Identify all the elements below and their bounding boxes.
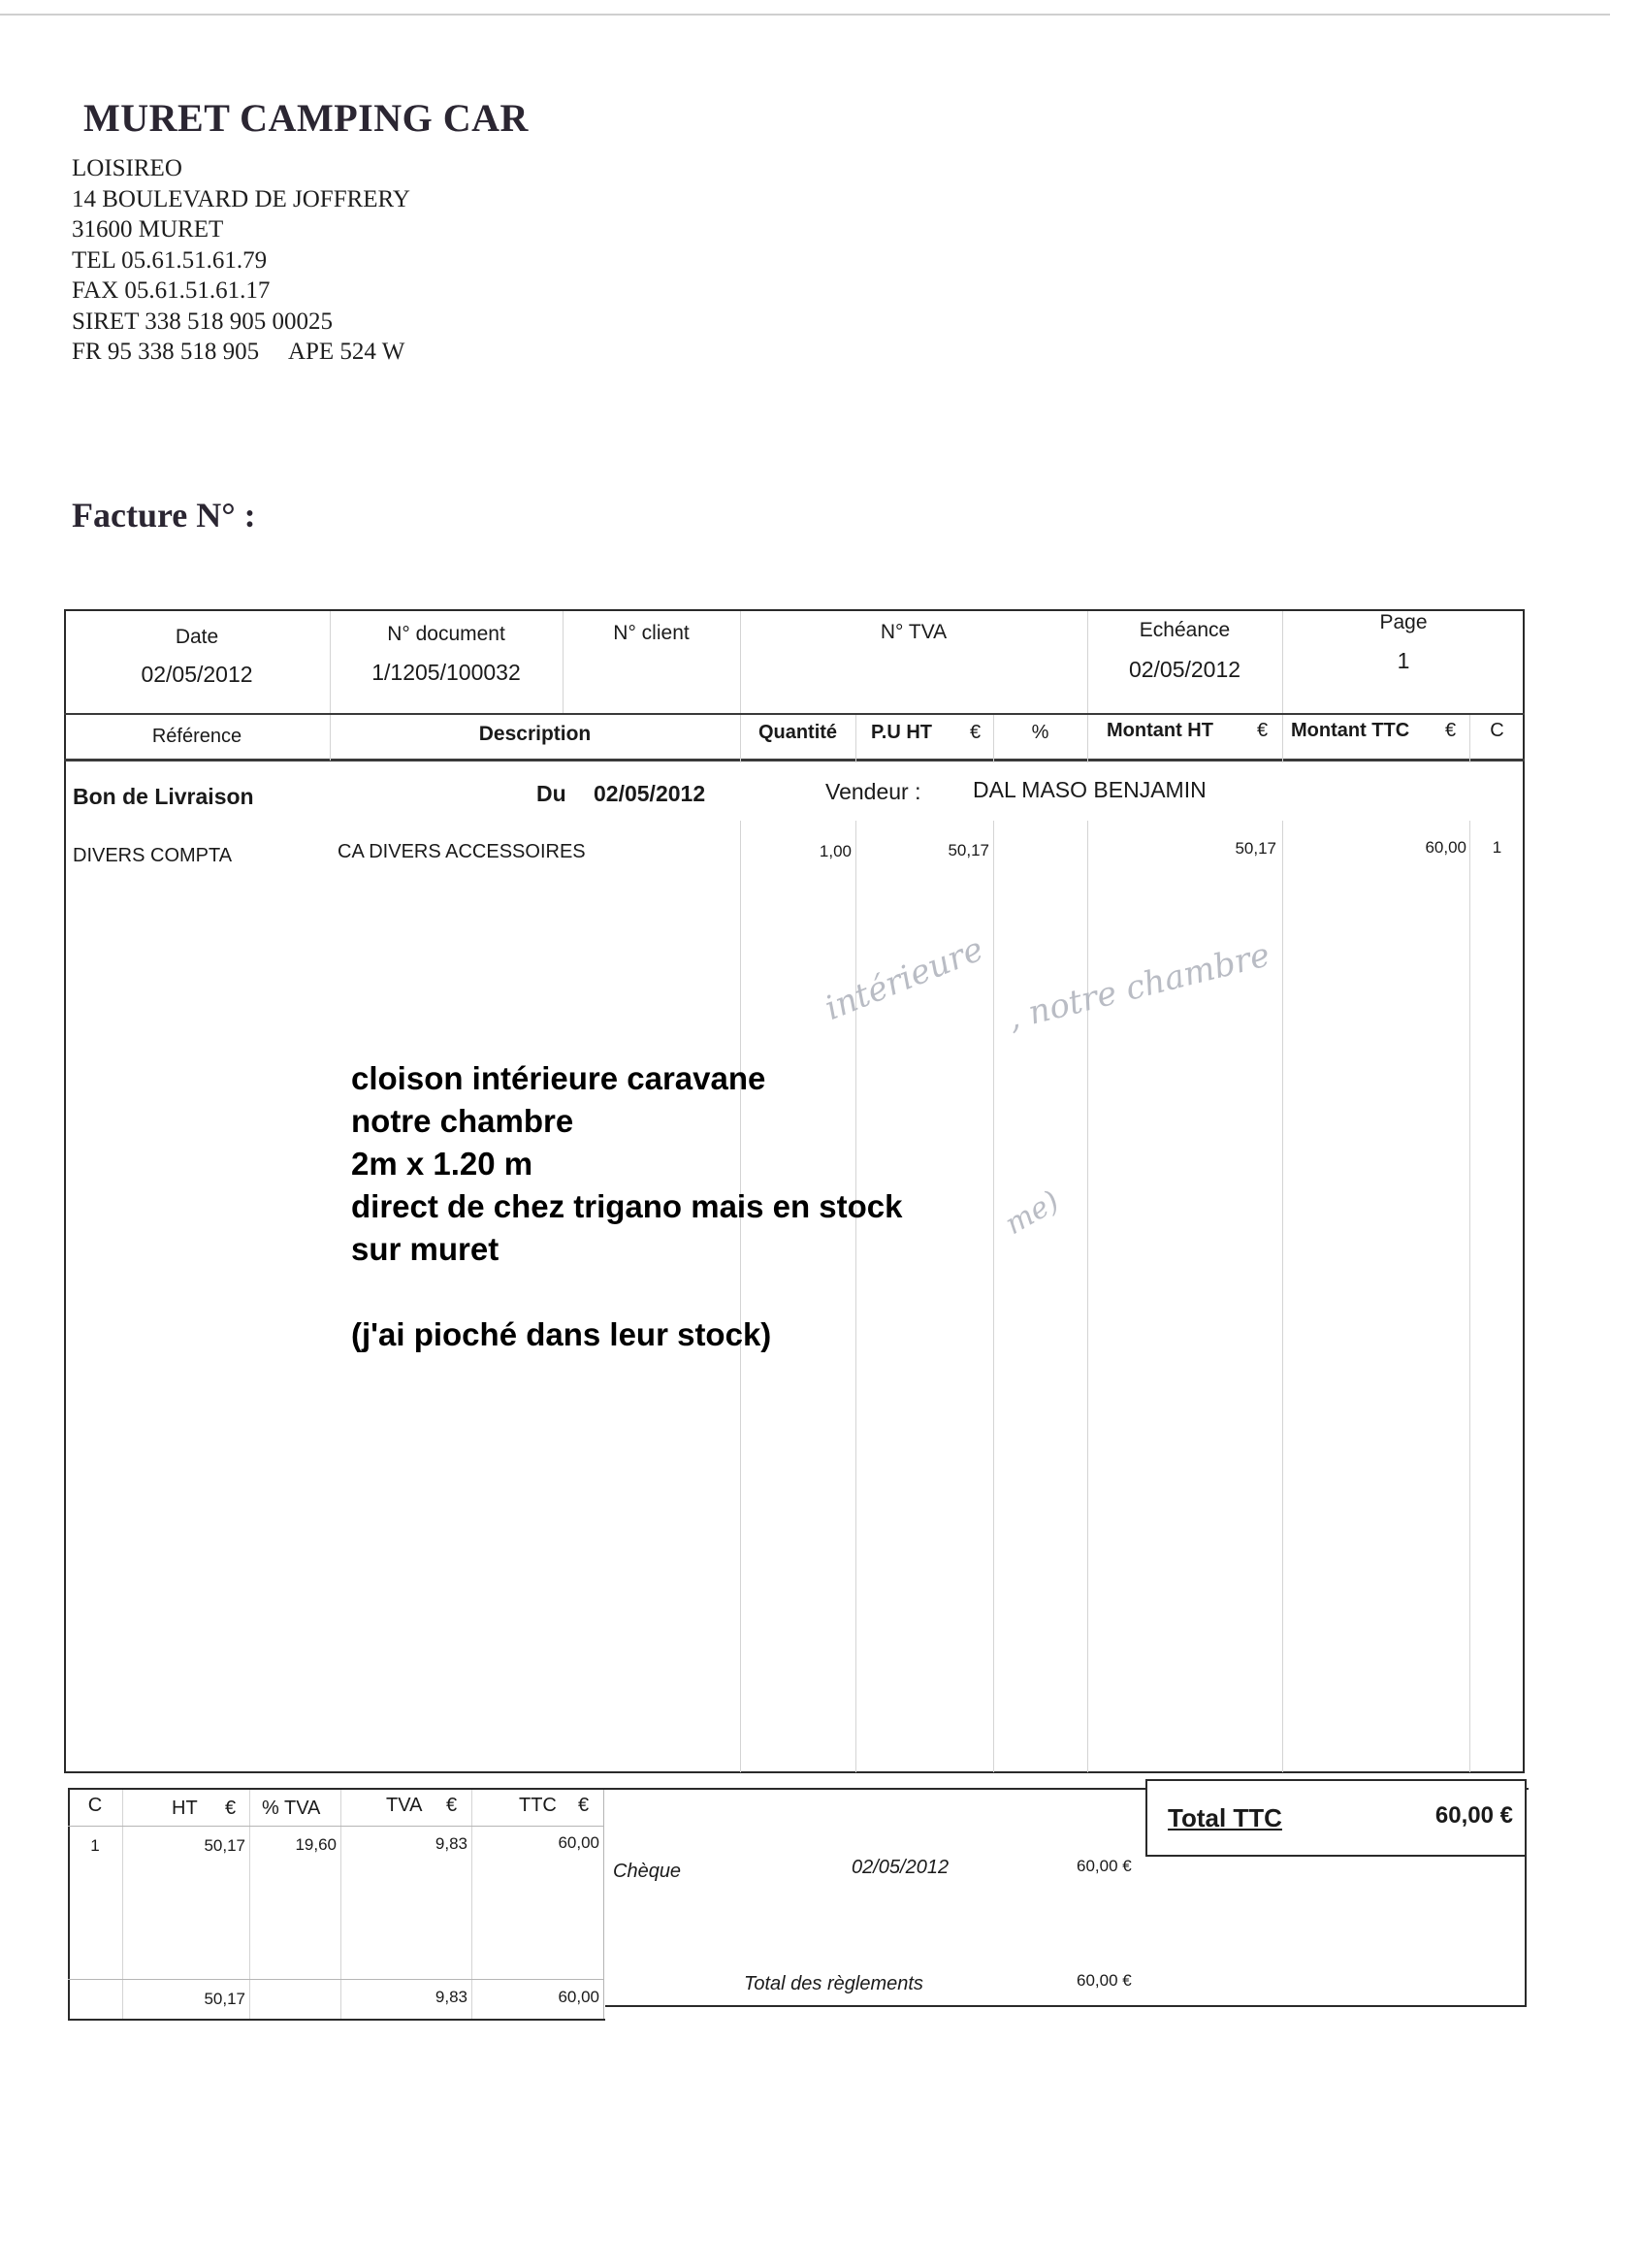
seller-name: DAL MASO BENJAMIN bbox=[973, 777, 1207, 803]
scan-top-edge bbox=[0, 14, 1610, 16]
note-line: (j'ai pioché dans leur stock) bbox=[351, 1313, 903, 1356]
vat-summary-bottom-cover bbox=[605, 2008, 1536, 2027]
address-line: SIRET 338 518 905 00025 bbox=[72, 307, 410, 338]
delivery-label: Bon de Livraison bbox=[73, 784, 254, 810]
vat-header-ht-currency: € bbox=[225, 1798, 236, 1820]
col-header-percent: % bbox=[993, 722, 1087, 744]
due-date-label: Echéance bbox=[1087, 619, 1282, 642]
seller-label: Vendeur : bbox=[825, 779, 920, 805]
payments-total-label: Total des règlements bbox=[744, 1973, 923, 1995]
vat-header-tva-currency: € bbox=[446, 1795, 457, 1817]
typed-note: cloison intérieure caravane notre chambr… bbox=[351, 1057, 903, 1356]
payments-total-amount: 60,00 € bbox=[1077, 1971, 1132, 1991]
note-line: direct de chez trigano mais en stock bbox=[351, 1185, 903, 1228]
address-line: FAX 05.61.51.61.17 bbox=[72, 275, 410, 307]
address-line: TEL 05.61.51.61.79 bbox=[72, 245, 410, 276]
tva-number-label: N° TVA bbox=[740, 621, 1087, 644]
payment-date: 02/05/2012 bbox=[852, 1857, 949, 1879]
payment-method: Chèque bbox=[613, 1861, 681, 1883]
note-line: notre chambre bbox=[351, 1100, 903, 1143]
col-header-description: Description bbox=[330, 723, 740, 746]
vat-header-ttc-currency: € bbox=[578, 1795, 589, 1817]
vat-row-ttc: 60,00 bbox=[471, 1833, 599, 1853]
vat-col-sep bbox=[249, 1790, 250, 2019]
vat-row-code: 1 bbox=[68, 1836, 122, 1856]
company-name: MURET CAMPING CAR bbox=[83, 95, 529, 141]
col-header-amount-ttc: Montant TTC bbox=[1291, 720, 1409, 742]
vat-col-sep bbox=[122, 1790, 123, 2019]
vat-total-ht: 50,17 bbox=[122, 1990, 245, 2009]
note-line: 2m x 1.20 m bbox=[351, 1143, 903, 1185]
note-line bbox=[351, 1271, 903, 1313]
vat-col-sep bbox=[340, 1790, 341, 2019]
document-value: 1/1205/100032 bbox=[330, 660, 563, 686]
vat-header-code: C bbox=[68, 1795, 122, 1817]
note-line: cloison intérieure caravane bbox=[351, 1057, 903, 1100]
vat-totals-divider bbox=[68, 1979, 603, 1980]
col-sep bbox=[1469, 715, 1470, 1772]
delivery-row bbox=[66, 762, 1521, 821]
col-header-quantity: Quantité bbox=[740, 722, 855, 744]
client-label: N° client bbox=[563, 622, 740, 645]
due-date-value: 02/05/2012 bbox=[1087, 657, 1282, 683]
address-line: 14 BOULEVARD DE JOFFRERY bbox=[72, 184, 410, 215]
vat-col-sep bbox=[471, 1790, 472, 2019]
vat-header-ttc: TTC bbox=[519, 1795, 557, 1817]
col-header-reference: Référence bbox=[64, 726, 330, 748]
line-reference: DIVERS COMPTA bbox=[73, 845, 232, 867]
vat-total-ttc: 60,00 bbox=[471, 1988, 599, 2007]
col-header-amount-ht-currency: € bbox=[1257, 720, 1268, 742]
delivery-date: 02/05/2012 bbox=[594, 781, 705, 807]
vat-header-rate: % TVA bbox=[262, 1798, 320, 1820]
vat-row-tva: 9,83 bbox=[340, 1834, 467, 1854]
vat-row-ht: 50,17 bbox=[122, 1836, 245, 1856]
col-header-amount-ht: Montant HT bbox=[1107, 720, 1213, 742]
page-value: 1 bbox=[1282, 648, 1525, 674]
vat-header-ht: HT bbox=[172, 1798, 198, 1820]
date-label: Date bbox=[64, 626, 330, 649]
address-line: 31600 MURET bbox=[72, 214, 410, 245]
col-header-unit-price: P.U HT bbox=[871, 722, 932, 744]
col-sep bbox=[993, 715, 994, 1772]
line-quantity: 1,00 bbox=[740, 842, 852, 861]
company-address: LOISIREO 14 BOULEVARD DE JOFFRERY 31600 … bbox=[72, 153, 410, 368]
col-sep bbox=[1087, 715, 1088, 1772]
vat-header-divider bbox=[68, 1826, 603, 1827]
line-description: CA DIVERS ACCESSOIRES bbox=[338, 841, 586, 863]
page-label: Page bbox=[1282, 611, 1525, 634]
col-sep bbox=[1282, 715, 1283, 1772]
line-code: 1 bbox=[1469, 838, 1525, 858]
total-ttc-value: 60,00 € bbox=[1338, 1802, 1513, 1830]
note-line: sur muret bbox=[351, 1228, 903, 1271]
date-value: 02/05/2012 bbox=[64, 662, 330, 688]
line-amount-ht: 50,17 bbox=[1087, 839, 1276, 859]
vat-row-rate: 19,60 bbox=[249, 1835, 337, 1855]
invoice-title: Facture N° : bbox=[72, 495, 256, 535]
address-line: FR 95 338 518 905 APE 524 W bbox=[72, 337, 410, 368]
column-header-divider bbox=[64, 759, 1525, 761]
delivery-du-label: Du bbox=[536, 781, 566, 807]
document-label: N° document bbox=[330, 623, 563, 646]
line-unit-price: 50,17 bbox=[855, 841, 989, 860]
payment-amount: 60,00 € bbox=[1077, 1857, 1132, 1876]
address-line: LOISIREO bbox=[72, 153, 410, 184]
line-amount-ttc: 60,00 bbox=[1282, 838, 1466, 858]
total-ttc-label: Total TTC bbox=[1168, 1803, 1282, 1833]
vat-header-tva: TVA bbox=[386, 1795, 422, 1817]
col-header-amount-ttc-currency: € bbox=[1445, 720, 1456, 742]
col-header-code: C bbox=[1469, 720, 1525, 742]
vat-col-sep bbox=[603, 1790, 604, 2019]
col-header-unit-price-currency: € bbox=[970, 722, 981, 744]
header-divider bbox=[64, 713, 1525, 715]
vat-total-tva: 9,83 bbox=[340, 1988, 467, 2007]
